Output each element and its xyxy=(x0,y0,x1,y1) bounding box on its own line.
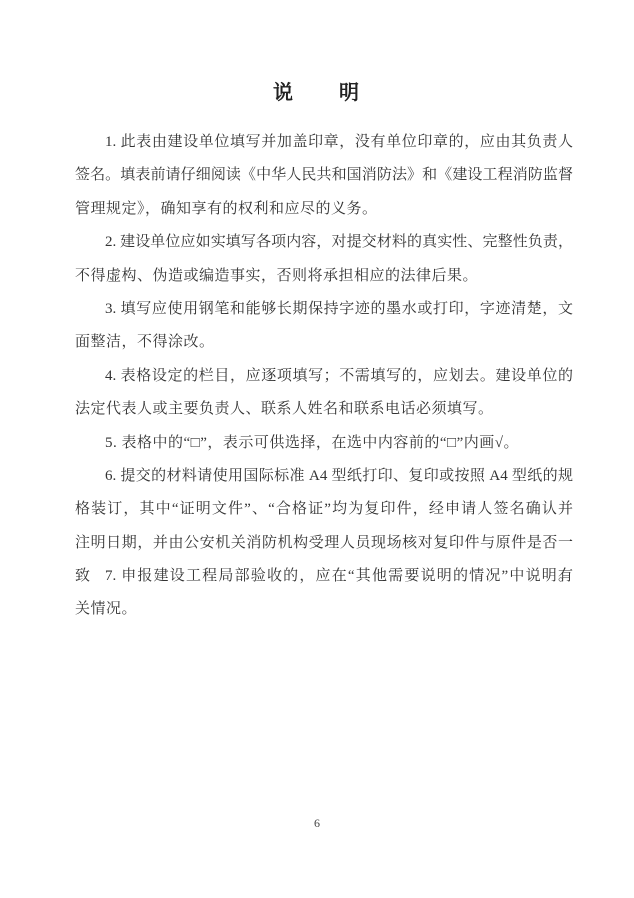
page-number: 6 xyxy=(0,816,634,831)
page-title: 说 明 xyxy=(0,0,634,105)
text-line: 不得虚构、伪造或编造事实，否则将承担相应的法律后果。 xyxy=(75,260,573,293)
text-line: 注明日期，并由公安机关消防机构受理人员现场核对复印件与原件是否一致。 xyxy=(75,527,573,560)
text-line: 关情况。 xyxy=(75,593,573,626)
text-line: 6. 提交的材料请使用国际标准 A4 型纸打印、复印或按照 A4 型纸的规 xyxy=(75,460,573,493)
text-line: 管理规定》，确知享有的权利和应尽的义务。 xyxy=(75,193,573,226)
text-line: 1. 此表由建设单位填写并加盖印章，没有单位印章的，应由其负责人 xyxy=(75,126,573,159)
text-line: 3. 填写应使用钢笔和能够长期保持字迹的墨水或打印，字迹清楚，文 xyxy=(75,293,573,326)
text-line: 5. 表格中的“□”，表示可供选择，在选中内容前的“□”内画√。 xyxy=(75,427,573,460)
instructions: 1. 此表由建设单位填写并加盖印章，没有单位印章的，应由其负责人签名。填表前请仔… xyxy=(75,126,573,627)
text-line: 格装订，其中“证明文件”、“合格证”均为复印件，经申请人签名确认并 xyxy=(75,493,573,526)
document-page: 说 明 1. 此表由建设单位填写并加盖印章，没有单位印章的，应由其负责人签名。填… xyxy=(0,0,634,898)
text-line: 法定代表人或主要负责人、联系人姓名和联系电话必须填写。 xyxy=(75,393,573,426)
text-line: 面整洁，不得涂改。 xyxy=(75,326,573,359)
text-line: 4. 表格设定的栏目，应逐项填写；不需填写的，应划去。建设单位的 xyxy=(75,360,573,393)
text-line: 7. 申报建设工程局部验收的，应在“其他需要说明的情况”中说明有 xyxy=(75,560,573,593)
text-line: 签名。填表前请仔细阅读《中华人民共和国消防法》和《建设工程消防监督 xyxy=(75,159,573,192)
text-line: 2. 建设单位应如实填写各项内容，对提交材料的真实性、完整性负责， xyxy=(75,226,573,259)
